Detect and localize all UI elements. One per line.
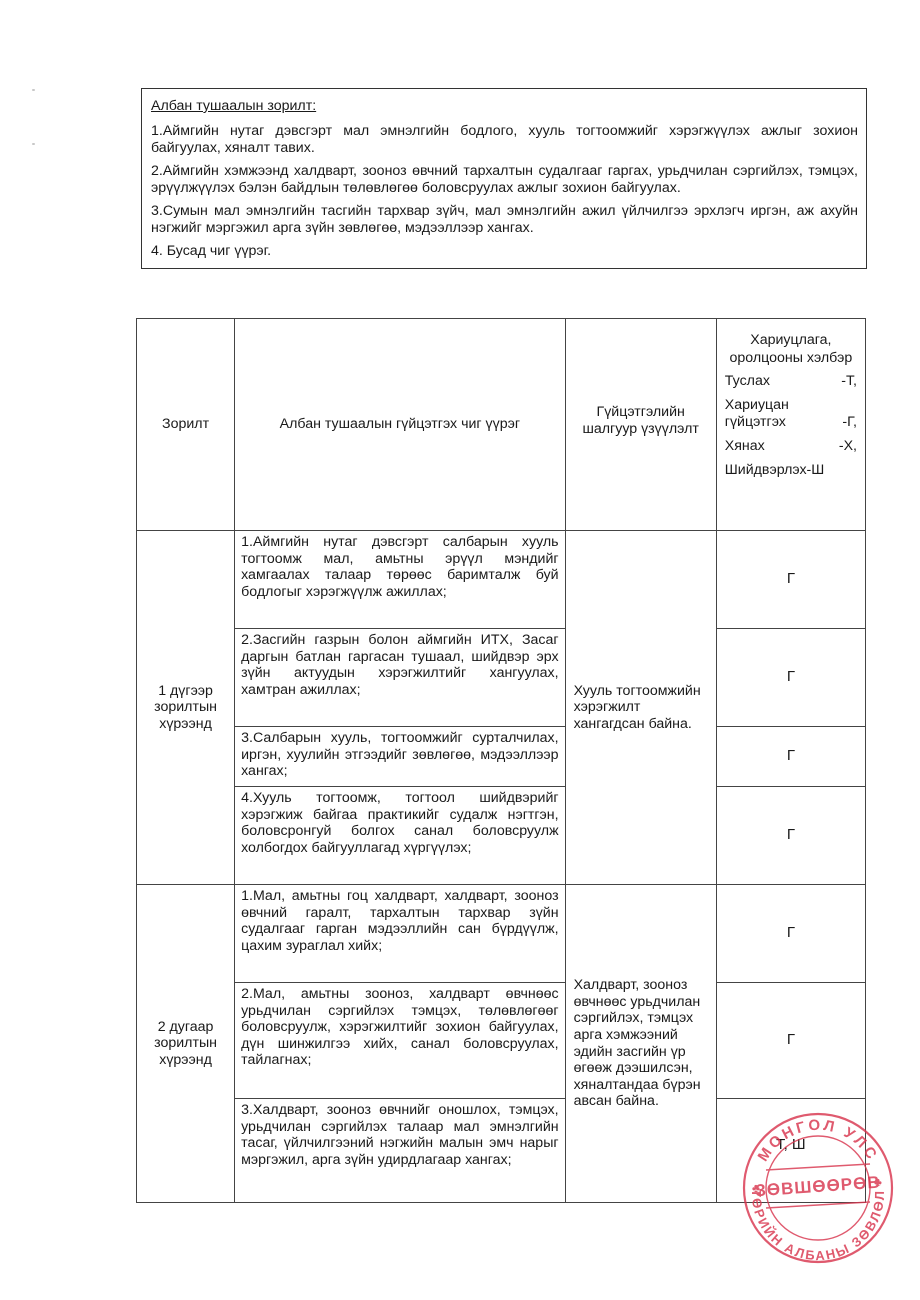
table-header-row: Зорилт Албан тушаалын гүйцэтгэх чиг үүрэ… [137, 319, 866, 531]
responsibility-code: Г [716, 629, 865, 727]
duty-cell: 2.Мал, амьтны зооноз, халдварт өвчнөөс у… [235, 983, 565, 1099]
header-criteria-text: Гүйцэтгэлийн шалгуур үзүүлэлт [583, 404, 699, 437]
legend-execute: Хариуцан гүйцэтгэх-Г, [725, 397, 857, 431]
header-goal: Зорилт [137, 319, 235, 531]
header-duty: Албан тушаалын гүйцэтгэх чиг үүрэг [235, 319, 565, 531]
header-responsibility-title: Хариуцлага, оролцооны хэлбэр [725, 331, 857, 367]
responsibility-code: Г [716, 787, 865, 885]
duty-cell: 1.Аймгийн нутаг дэвсгэрт салбарын хууль … [235, 531, 565, 629]
legend-assist: Туслах-Т, [725, 373, 857, 390]
goal-item: 4. Бусад чиг үүрэг. [151, 243, 858, 260]
table-row: 1 дүгээр зорилтын хүрээнд 1.Аймгийн нута… [137, 531, 866, 629]
duty-cell: 4.Хууль тогтоомж, тогтоол шийдвэрийг хэр… [235, 787, 565, 885]
responsibility-code: Т, Ш [716, 1099, 865, 1203]
table-row: 4.Хууль тогтоомж, тогтоол шийдвэрийг хэр… [137, 787, 866, 885]
duty-cell: 2.Засгийн газрын болон аймгийн ИТХ, Заса… [235, 629, 565, 727]
duty-cell: 3.Халдварт, зооноз өвчнийг оношлох, тэмц… [235, 1099, 565, 1203]
stamp-ornament-right: ♣ [874, 1175, 882, 1189]
goal-item: 2.Аймгийн хэмжээнд халдварт, зооноз өвчн… [151, 163, 858, 197]
goal-item: 3.Сумын мал эмнэлгийн тасгийн тархвар зү… [151, 203, 858, 237]
table-row: 3.Халдварт, зооноз өвчнийг оношлох, тэмц… [137, 1099, 866, 1203]
goals-heading: Албан тушаалын зорилт: [151, 98, 858, 115]
duty-cell: 3.Салбарын хууль, тогтоомжийг сурталчила… [235, 727, 565, 787]
table-row: 3.Салбарын хууль, тогтоомжийг сурталчила… [137, 727, 866, 787]
criteria-section-2: Халдварт, зооноз өвчнөөс урьдчилан сэрги… [565, 885, 716, 1203]
header-criteria: Гүйцэтгэлийн шалгуур үзүүлэлт [565, 319, 716, 531]
goal-section-1: 1 дүгээр зорилтын хүрээнд [137, 531, 235, 885]
table-row: 2 дугаар зорилтын хүрээнд 1.Мал, амьтны … [137, 885, 866, 983]
duties-table: Зорилт Албан тушаалын гүйцэтгэх чиг үүрэ… [136, 318, 866, 1203]
legend-monitor: Хянах-Х, [725, 438, 857, 455]
table-row: 2.Засгийн газрын болон аймгийн ИТХ, Заса… [137, 629, 866, 727]
header-responsibility: Хариуцлага, оролцооны хэлбэр Туслах-Т, Х… [716, 319, 865, 531]
duty-cell: 1.Мал, амьтны гоц халдварт, халдварт, зо… [235, 885, 565, 983]
responsibility-code: Г [716, 727, 865, 787]
job-goals-box: Албан тушаалын зорилт: 1.Аймгийн нутаг д… [141, 88, 867, 269]
table-row: 2.Мал, амьтны зооноз, халдварт өвчнөөс у… [137, 983, 866, 1099]
legend-decide: Шийдвэрлэх-Ш [725, 462, 857, 479]
scan-speck [32, 89, 35, 91]
responsibility-code: Г [716, 983, 865, 1099]
scan-speck [32, 143, 35, 145]
responsibility-code: Г [716, 531, 865, 629]
goal-item: 1.Аймгийн нутаг дэвсгэрт мал эмнэлгийн б… [151, 123, 858, 157]
goal-section-2: 2 дугаар зорилтын хүрээнд [137, 885, 235, 1203]
responsibility-code: Г [716, 885, 865, 983]
criteria-section-1: Хууль тогтоомжийн хэрэгжилт хангагдсан б… [565, 531, 716, 885]
